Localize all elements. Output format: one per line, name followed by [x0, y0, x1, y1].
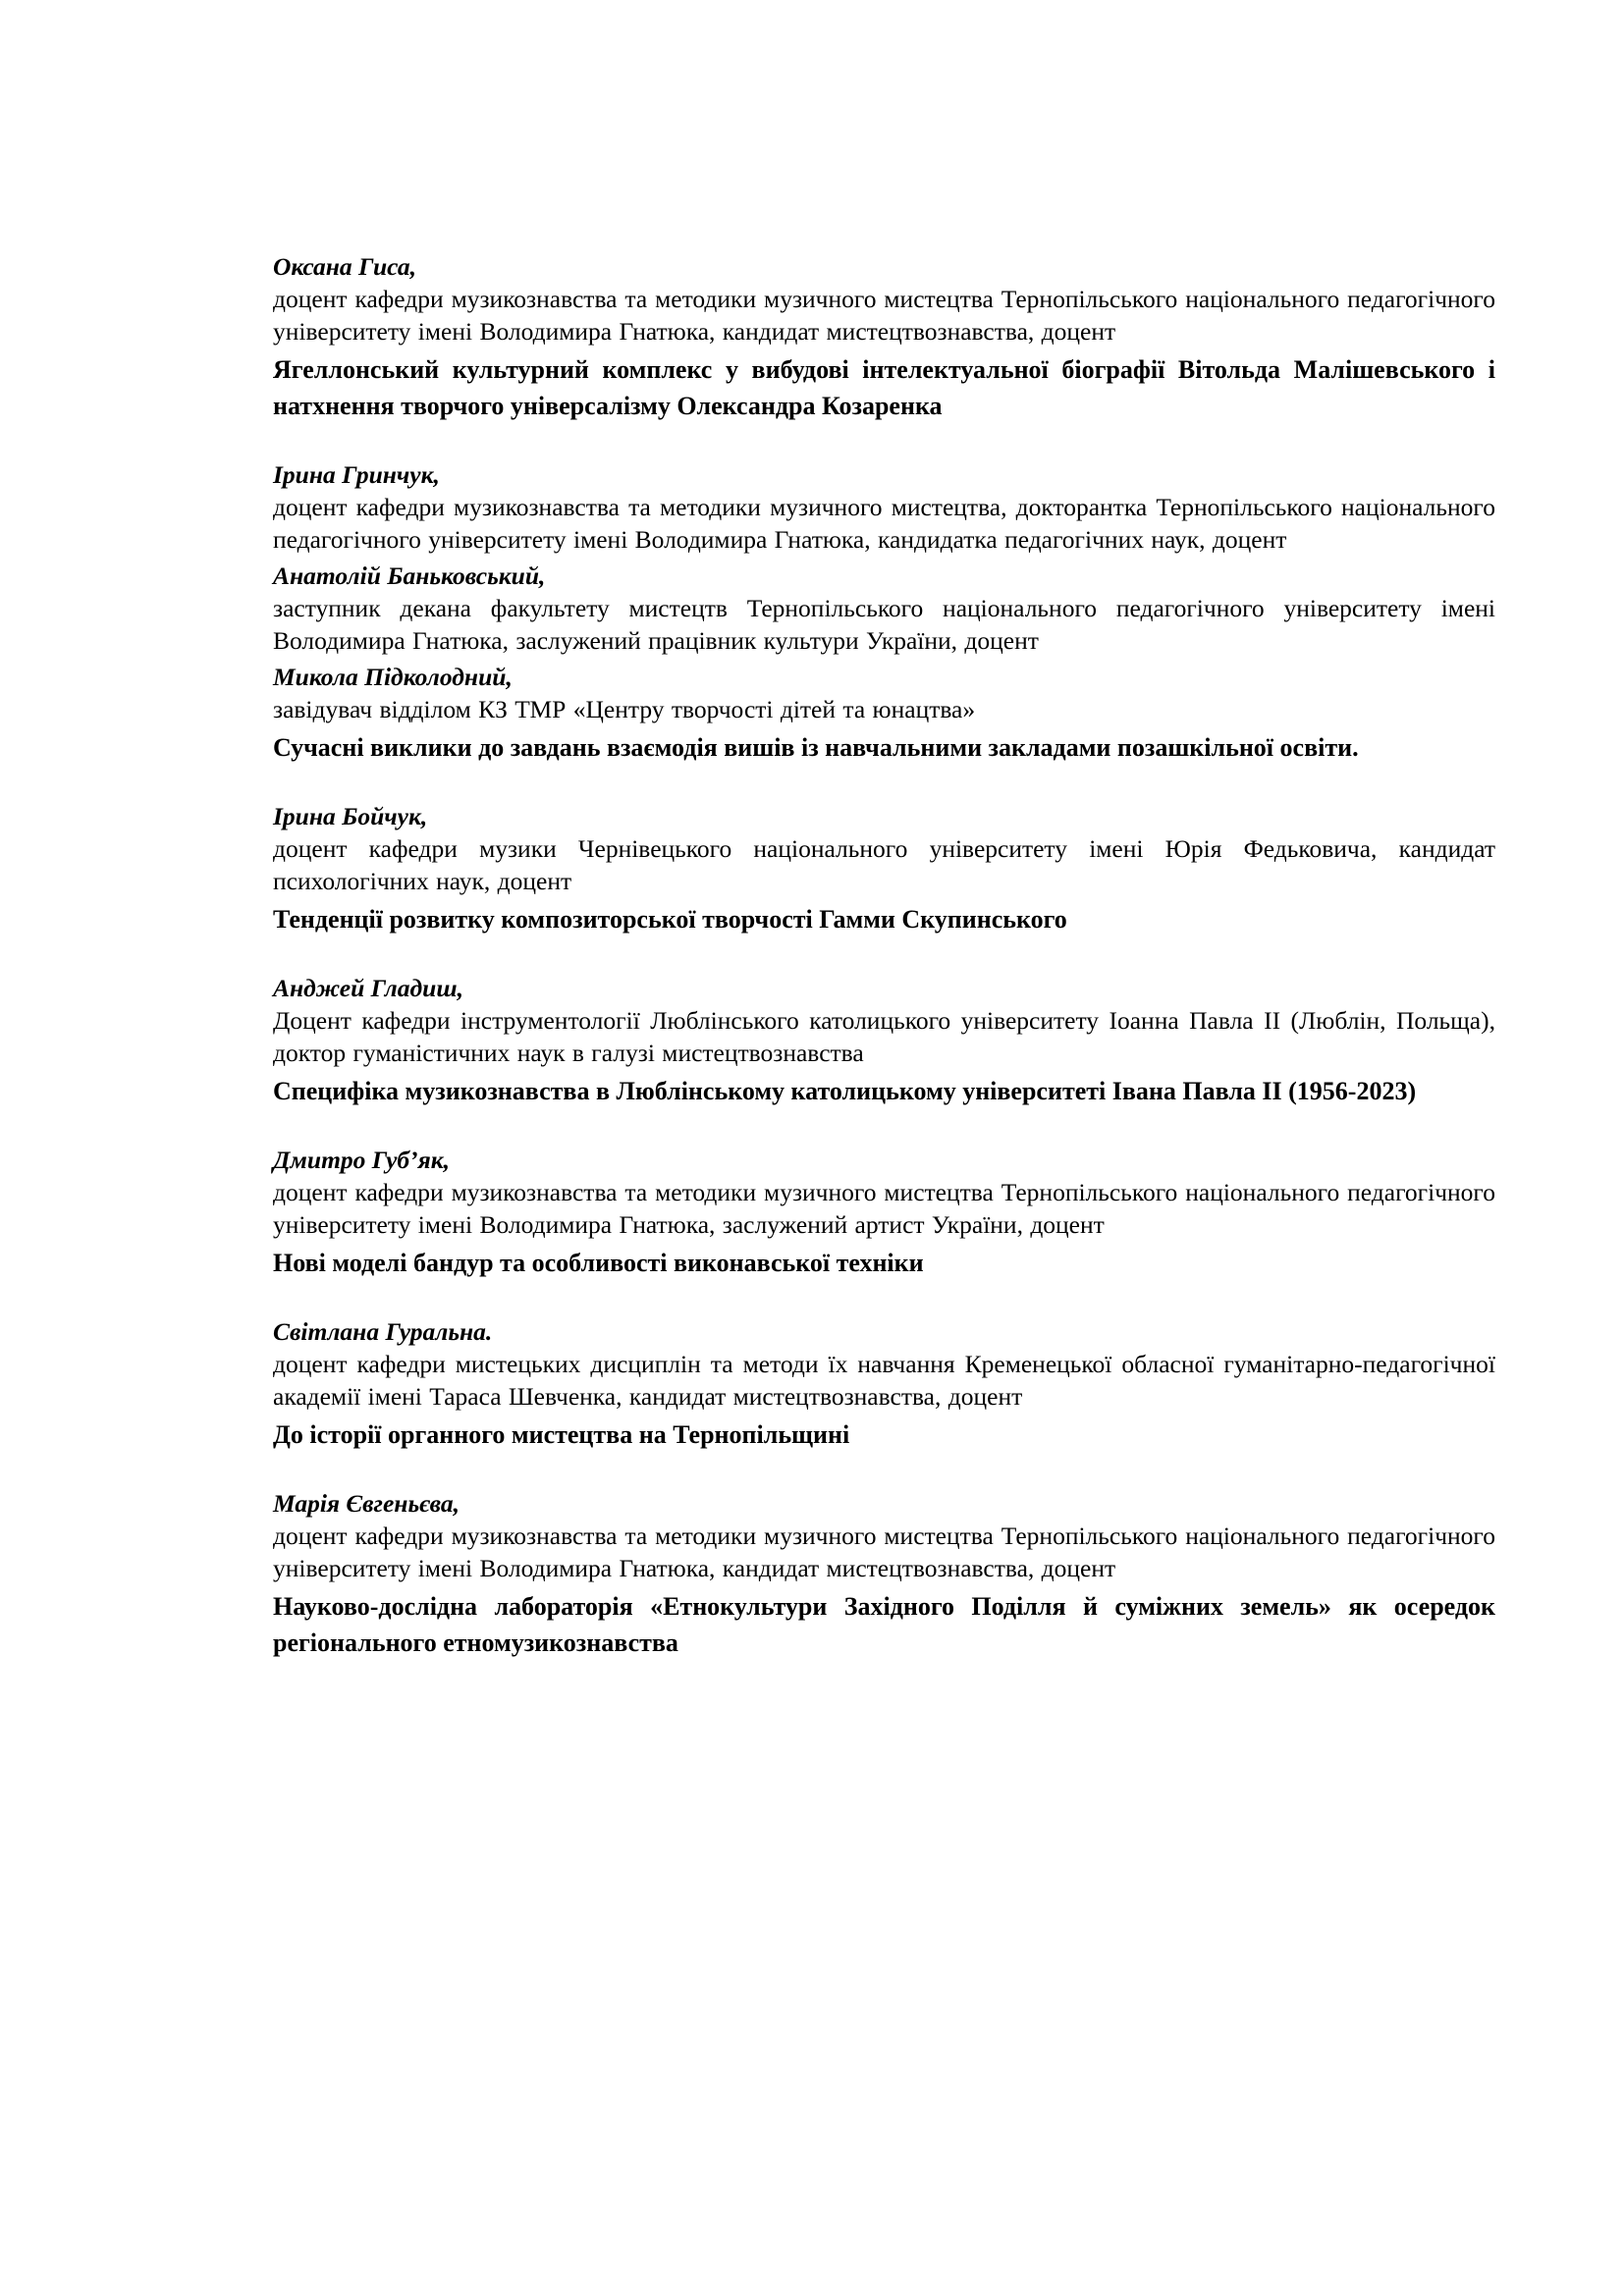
speaker-affiliation: Доцент кафедри інструментології Люблінсь… [273, 1004, 1495, 1069]
speaker-affiliation: доцент кафедри мистецьких дисциплін та м… [273, 1348, 1495, 1413]
program-entry: Ірина Гринчук, доцент кафедри музикознав… [273, 458, 1495, 766]
speaker-name: Ірина Бойчук, [273, 800, 1495, 832]
speaker-affiliation: доцент кафедри музикознавства та методик… [273, 1176, 1495, 1241]
speaker-affiliation: доцент кафедри музикознавства та методик… [273, 491, 1495, 556]
speaker: Дмитро Губ’як, доцент кафедри музикознав… [273, 1144, 1495, 1241]
speaker: Анатолій Баньковський, заступник декана … [273, 560, 1495, 657]
talk-title: Сучасні виклики до завдань взаємодія виш… [273, 729, 1495, 766]
speaker-name: Микола Підколодний, [273, 661, 1495, 693]
speaker-affiliation: доцент кафедри музикознавства та методик… [273, 1520, 1495, 1584]
talk-title: До історії органного мистецтва на Терноп… [273, 1416, 1495, 1453]
talk-title: Ягеллонський культурний комплекс у вибуд… [273, 351, 1495, 424]
talk-title: Нові моделі бандур та особливості викона… [273, 1245, 1495, 1281]
program-entry: Оксана Гиса, доцент кафедри музикознавст… [273, 250, 1495, 424]
talk-title: Специфіка музикознавства в Люблінському … [273, 1073, 1495, 1109]
speaker: Микола Підколодний, завідувач відділом К… [273, 661, 1495, 725]
speaker: Марія Євгеньєва, доцент кафедри музикозн… [273, 1487, 1495, 1584]
program-entry: Ірина Бойчук, доцент кафедри музики Черн… [273, 800, 1495, 937]
document-page: Оксана Гиса, доцент кафедри музикознавст… [273, 250, 1495, 1695]
speaker-name: Анджей Гладиш, [273, 972, 1495, 1004]
speaker-name: Оксана Гиса, [273, 250, 1495, 283]
speaker-name: Світлана Гуральна. [273, 1315, 1495, 1348]
talk-title: Тенденції розвитку композиторської творч… [273, 901, 1495, 937]
speaker-affiliation: доцент кафедри музики Чернівецького наці… [273, 832, 1495, 897]
program-entry: Дмитро Губ’як, доцент кафедри музикознав… [273, 1144, 1495, 1281]
program-entry: Марія Євгеньєва, доцент кафедри музикозн… [273, 1487, 1495, 1661]
speaker-name: Марія Євгеньєва, [273, 1487, 1495, 1520]
speaker-affiliation: завідувач відділом КЗ ТМР «Центру творчо… [273, 693, 1495, 725]
speaker-name: Ірина Гринчук, [273, 458, 1495, 491]
talk-title: Науково-дослідна лабораторія «Етнокульту… [273, 1588, 1495, 1661]
speaker-name: Анатолій Баньковський, [273, 560, 1495, 592]
speaker: Оксана Гиса, доцент кафедри музикознавст… [273, 250, 1495, 347]
speaker-name: Дмитро Губ’як, [273, 1144, 1495, 1176]
speaker: Ірина Гринчук, доцент кафедри музикознав… [273, 458, 1495, 556]
program-entry: Світлана Гуральна. доцент кафедри мистец… [273, 1315, 1495, 1453]
speaker: Ірина Бойчук, доцент кафедри музики Черн… [273, 800, 1495, 897]
speaker-affiliation: заступник декана факультету мистецтв Тер… [273, 592, 1495, 657]
speaker: Анджей Гладиш, Доцент кафедри інструмент… [273, 972, 1495, 1069]
speaker: Світлана Гуральна. доцент кафедри мистец… [273, 1315, 1495, 1413]
program-entry: Анджей Гладиш, Доцент кафедри інструмент… [273, 972, 1495, 1109]
speaker-affiliation: доцент кафедри музикознавства та методик… [273, 283, 1495, 347]
